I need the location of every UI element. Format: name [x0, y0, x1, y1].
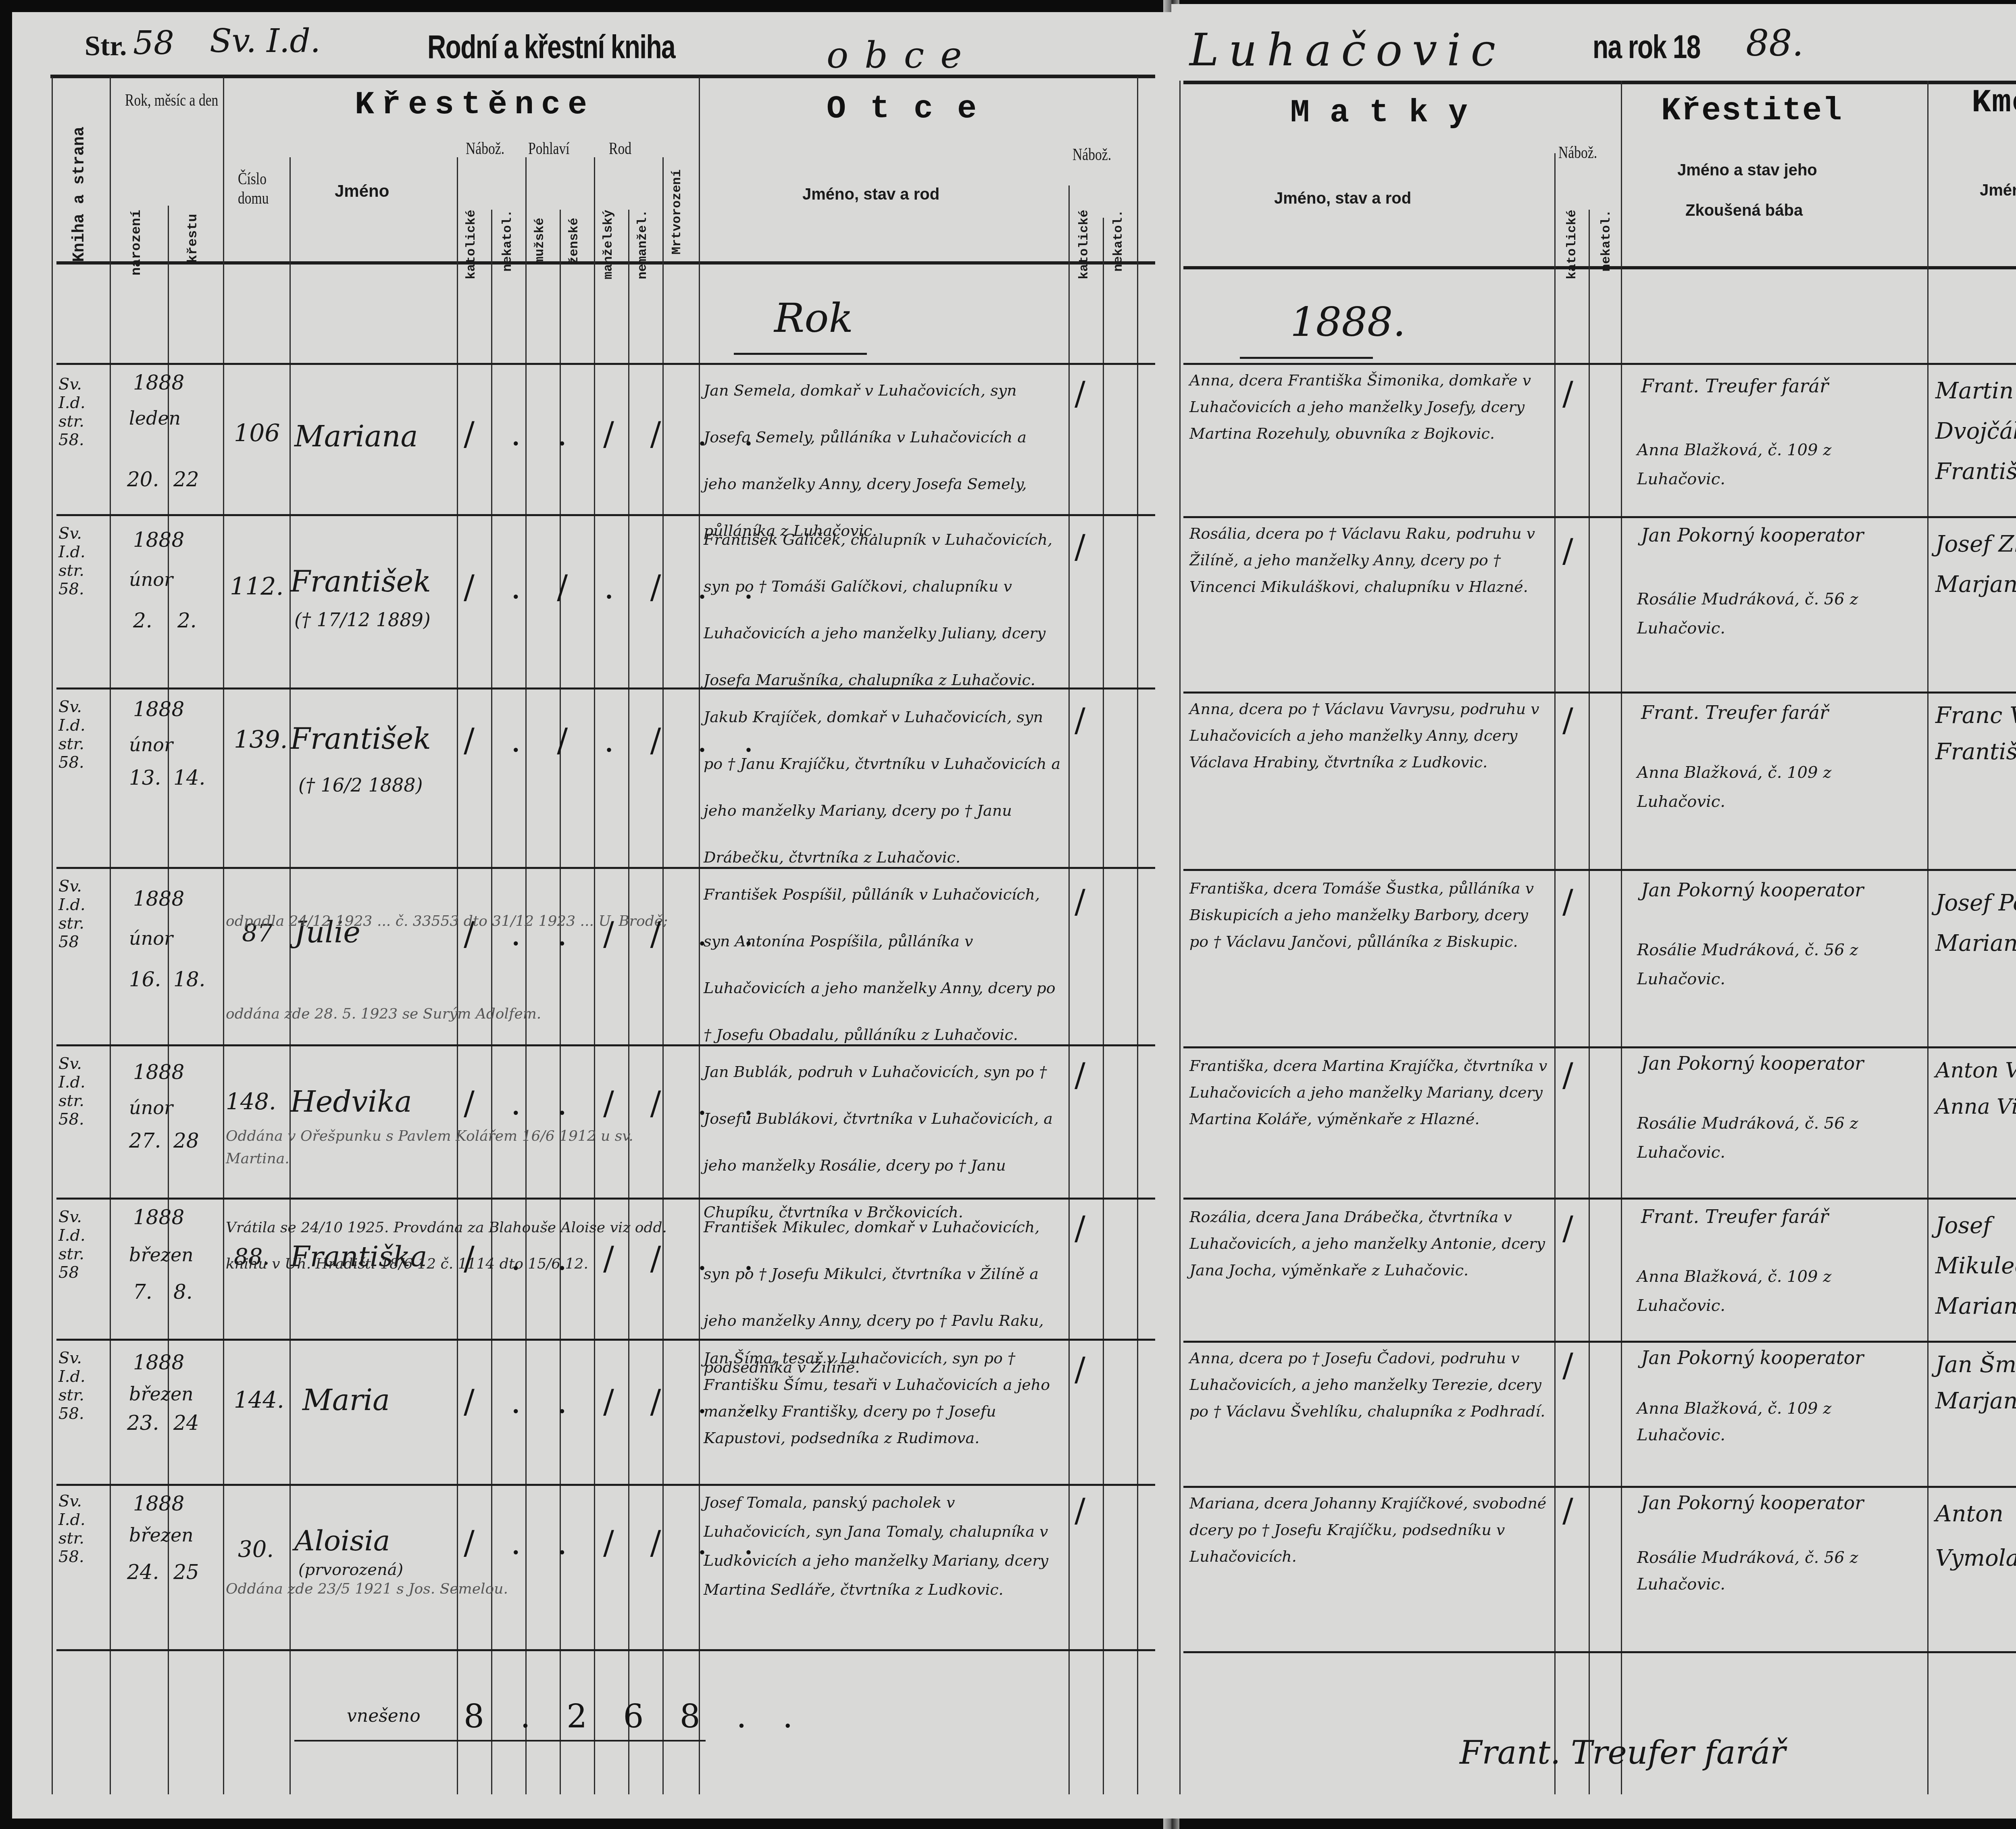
row-rule: [1183, 1486, 2016, 1488]
book-ref: Sv. I.d. str. 58.: [58, 698, 103, 772]
title-hand-year: 88.: [1746, 22, 1804, 65]
mother-religion-mark: /: [1562, 702, 1573, 739]
col-divider: [223, 77, 224, 1794]
row-rule: [56, 1649, 1155, 1651]
col-header-matky-nekatol: nekatol.: [1599, 210, 1614, 272]
midwife: Rosálie Mudráková, č. 56 z Luhačovic.: [1637, 1109, 1911, 1167]
birth-day: 20.: [127, 468, 159, 491]
baptism-day: 22: [173, 468, 199, 491]
father-details: Josef Tomala, panský pacholek v Luhačovi…: [704, 1488, 1062, 1604]
col-header-kniha: Kniha a strana: [71, 157, 89, 262]
totals-underline: [294, 1740, 706, 1742]
birth-month: březen: [129, 1524, 194, 1546]
col-header-otce-jmeno: Jméno, stav a rod: [802, 185, 939, 204]
col-header-zenske: ženské: [566, 218, 581, 264]
child-name-note: († 16/2 1888): [298, 774, 423, 796]
mother-details: Anna, dcera po † Václavu Vavrysu, podruh…: [1189, 696, 1548, 775]
birth-year: 1888: [133, 887, 184, 910]
mother-religion-mark: /: [1562, 883, 1573, 921]
midwife: Anna Blažková, č. 109 z Luhačovic.: [1637, 1395, 1911, 1448]
year-marker-underline: [734, 353, 867, 355]
midwife: Rosálie Mudráková, č. 56 z Luhačovic.: [1637, 935, 1911, 994]
child-name: Mariana: [294, 419, 418, 453]
child-name: Aloisia: [294, 1524, 390, 1557]
child-name: František: [290, 565, 431, 598]
birth-day: 2.: [133, 609, 152, 632]
child-name-note: (prvorozená): [298, 1560, 403, 1579]
col-header-otce: Otce: [827, 91, 1001, 127]
house-number: 144.: [234, 1387, 284, 1413]
godparent-name: Josef Zbořil Marjana: [1935, 524, 2016, 605]
row-rule: [1183, 1341, 2016, 1343]
later-annotation: Oddána v Ořešpunku s Pavlem Kolářem 16/6…: [226, 1125, 694, 1170]
row-rule: [1183, 516, 2016, 518]
page-label: Str.: [85, 30, 127, 62]
house-number: 148.: [226, 1089, 276, 1115]
col-header-krestitel: Křestitel: [1661, 93, 1843, 129]
book-ref: Sv. I.d. str. 58: [58, 1208, 103, 1282]
baptism-day: 8.: [173, 1280, 193, 1304]
col-header-matky-katolicke: katolické: [1564, 210, 1579, 279]
mother-details: Františka, dcera Martina Krajíčka, čtvrt…: [1189, 1052, 1548, 1132]
birth-day: 27.: [129, 1129, 161, 1152]
baptist: Jan Pokorný kooperator: [1641, 1052, 1915, 1074]
col-header-kmotr-jmeno: Jméno: [1980, 181, 2016, 200]
col-header-naboz: Nábož.: [466, 139, 504, 158]
row-rule: [1183, 1046, 2016, 1048]
baptism-day: 24: [173, 1411, 199, 1435]
house-number: 106: [234, 419, 280, 448]
table-top-rule: [50, 75, 1155, 78]
birth-month: leden: [129, 407, 181, 429]
birth-day: 7.: [133, 1280, 152, 1304]
col-divider: [168, 206, 169, 1794]
birth-year: 1888: [133, 1060, 184, 1084]
baptist: Jan Pokorný kooperator: [1641, 1347, 1915, 1369]
mother-religion-mark: /: [1562, 1492, 1573, 1529]
midwife: Rosálie Mudráková, č. 56 z Luhačovic.: [1637, 1544, 1911, 1598]
col-header-narozeni: narození: [129, 210, 144, 275]
baptist: Jan Pokorný kooperator: [1641, 1492, 1915, 1514]
mother-details: Anna, dcera Františka Šimonika, domkaře …: [1189, 367, 1548, 447]
midwife: Anna Blažková, č. 109 z Luhačovic.: [1637, 758, 1911, 816]
baptist: Frant. Treufer farář: [1641, 375, 1915, 397]
col-divider: [52, 77, 53, 1794]
volume-label: Sv. I.d.: [210, 22, 321, 60]
house-number: 139.: [234, 726, 288, 754]
midwife: Anna Blažková, č. 109 z Luhačovic.: [1637, 435, 1911, 494]
row-rule: [1183, 363, 2016, 365]
col-divider: [1589, 210, 1590, 1794]
col-header-mrtvorozeni: Mrtvorození: [669, 169, 684, 254]
father-religion-mark: /: [1075, 883, 1085, 921]
title-printed-left: Rodní a křestní kniha: [427, 28, 675, 66]
col-header-cislo-domu: Číslo domu: [238, 169, 283, 208]
baptist: Frant. Treufer farář: [1641, 702, 1915, 723]
col-divider: [110, 77, 111, 1794]
row-rule: [56, 363, 1155, 365]
godparent-name: Anton Vymola Anna: [1935, 1492, 2016, 1581]
baptist: Jan Pokorný kooperator: [1641, 879, 1915, 901]
birth-year: 1888: [133, 1351, 184, 1374]
birth-day: 23.: [127, 1411, 159, 1435]
col-header-kmotruv: Kmotrův: [1972, 85, 2016, 121]
father-religion-mark: /: [1075, 1056, 1085, 1094]
birth-month: únor: [129, 734, 173, 756]
father-religion-mark: /: [1075, 702, 1085, 739]
book-ref: Sv. I.d. str. 58: [58, 877, 103, 951]
father-religion-mark: /: [1075, 1351, 1085, 1388]
father-details: Jan Šíma, tesař v Luhačovicích, syn po †…: [704, 1345, 1062, 1451]
later-annotation: Oddána zde 23/5 1921 s Jos. Semelou.: [226, 1581, 694, 1597]
col-header-krestitel-sub1: Jméno a stav jeho: [1677, 161, 1817, 179]
birth-month: březen: [129, 1244, 194, 1266]
col-header-matky-jmeno: Jméno, stav a rod: [1274, 190, 1411, 208]
col-divider: [1621, 81, 1622, 1794]
col-header-rok: Rok, měsíc a den: [125, 91, 218, 110]
col-header-krestitel-sub2: Zkoušená bába: [1685, 202, 1803, 220]
col-header-krestence: Křestěnce: [355, 87, 594, 123]
birth-year: 1888: [133, 698, 184, 721]
year-marker-left: Rok: [774, 294, 853, 342]
book-ref: Sv. I.d. str. 58.: [58, 1349, 103, 1423]
birth-year: 1888: [133, 371, 184, 394]
col-header-muzske: mužské: [532, 218, 547, 264]
birth-day: 24.: [127, 1560, 159, 1584]
midwife: Rosálie Mudráková, č. 56 z Luhačovic.: [1637, 585, 1911, 643]
col-header-matky-naboz: Nábož.: [1558, 143, 1597, 162]
mother-details: Františka, dcera Tomáše Šustka, půlláník…: [1189, 875, 1548, 955]
mother-details: Anna, dcera po † Josefu Čadovi, podruhu …: [1189, 1345, 1548, 1425]
child-name: Hedvika: [290, 1085, 412, 1119]
mother-details: Mariana, dcera Johanny Krajíčkové, svobo…: [1189, 1490, 1548, 1570]
godparent-name: Franc Vavrys Františka: [1935, 698, 2016, 770]
birth-year: 1888: [133, 528, 184, 552]
year-marker-underline: [1240, 357, 1373, 359]
year-marker-right: 1888.: [1290, 298, 1406, 346]
mother-religion-mark: /: [1562, 375, 1573, 412]
row-rule: [1183, 692, 2016, 694]
col-header-rod: Rod: [609, 139, 631, 158]
col-header-nemanzel: nemanžel.: [635, 210, 650, 279]
col-header-matky: Matky: [1290, 95, 1488, 131]
col-header-nekatol: nekatol.: [500, 210, 515, 272]
col-header-otce-naboz: Nábož.: [1073, 145, 1111, 165]
book-ref: Sv. I.d. str. 58.: [58, 375, 103, 449]
row-rule: [1183, 1651, 2016, 1653]
child-name: František: [290, 722, 431, 756]
table-top-rule: [1183, 81, 2016, 84]
mother-details: Rozália, dcera Jana Drábečka, čtvrtníka …: [1189, 1204, 1548, 1283]
mother-religion-mark: /: [1562, 1347, 1573, 1384]
col-divider: [1927, 81, 1929, 1794]
father-religion-mark: /: [1075, 1210, 1085, 1247]
col-divider: [1179, 81, 1181, 1794]
birth-day: 13.: [129, 766, 161, 790]
col-divider: [1103, 218, 1104, 1794]
birth-month: únor: [129, 1097, 173, 1119]
title-printed-right: na rok 18: [1593, 28, 1700, 66]
birth-month: únor: [129, 569, 173, 590]
mother-religion-mark: /: [1562, 532, 1573, 570]
row-rule: [1183, 1198, 2016, 1200]
col-header-manzelsky: manželský: [601, 210, 616, 279]
col-header-jmeno: Jméno: [335, 181, 389, 201]
baptism-day: 28: [173, 1129, 199, 1152]
baptist: Jan Pokorný kooperator: [1641, 524, 1915, 546]
col-divider: [1554, 153, 1556, 1794]
godparent-name: Martin Dvojčák Františka: [1935, 371, 2016, 492]
later-annotation: odpadla 24/12 1923 ... č. 33553 dto 31/1…: [226, 875, 694, 1060]
baptist: Frant. Treufer farář: [1641, 1206, 1915, 1227]
book-ref: Sv. I.d. str. 58.: [58, 524, 103, 598]
col-divider: [1137, 77, 1138, 1794]
col-header-pohlavi: Pohlaví: [528, 139, 570, 158]
totals-values: 8 . 2 6 8 . .: [464, 1698, 806, 1735]
birth-year: 1888: [133, 1206, 184, 1229]
col-divider: [1068, 185, 1070, 1794]
book-ref: Sv. I.d. str. 58.: [58, 1492, 103, 1566]
mother-details: Rosália, dcera po † Václavu Raku, podruh…: [1189, 520, 1548, 600]
birth-month: březen: [129, 1383, 194, 1405]
godparent-name: Anton Vymola Anna Vimola: [1935, 1052, 2016, 1125]
totals-label: vnešeno: [347, 1706, 421, 1726]
father-religion-mark: /: [1075, 528, 1085, 566]
midwife: Anna Blažková, č. 109 z Luhačovic.: [1637, 1262, 1911, 1320]
birth-day: 16.: [129, 968, 161, 991]
father-religion-mark: /: [1075, 1492, 1085, 1529]
birth-month: únor: [129, 927, 173, 949]
father-details: Jakub Krajíček, domkař v Luhačovicích, s…: [704, 694, 1062, 881]
father-religion-mark: /: [1075, 375, 1085, 412]
title-hand-obce: obce: [827, 34, 978, 77]
col-header-krestu: křestu: [185, 214, 201, 263]
house-number: 30.: [238, 1536, 274, 1562]
godparent-name: Jan Šmela Marjana: [1935, 1347, 2016, 1419]
house-number: 112.: [230, 573, 284, 601]
row-rule: [1183, 869, 2016, 871]
birth-year: 1888: [133, 1492, 184, 1515]
godparent-name: Josef Mikulec Mariana: [1935, 1206, 2016, 1327]
child-name: Maria: [302, 1383, 390, 1417]
row-rule: [56, 1484, 1155, 1486]
col-header-otce-nekatol: nekatol.: [1111, 210, 1126, 272]
mother-religion-mark: /: [1562, 1056, 1573, 1094]
father-details: František Galíček, chalupník v Luhačovic…: [704, 516, 1062, 703]
priest-signature: Frant. Treufer farář: [1460, 1734, 1786, 1771]
book-ref: Sv. I.d. str. 58.: [58, 1054, 103, 1129]
col-header-otce-katolicke: katolické: [1077, 210, 1091, 279]
mother-religion-mark: /: [1562, 1210, 1573, 1247]
godparent-name: Josef Pospíšil Mariana: [1935, 883, 2016, 964]
baptism-day: 25: [173, 1560, 199, 1584]
child-name-note: († 17/12 1889): [294, 609, 431, 631]
title-hand-luhacovic: Luhačovic: [1189, 24, 1505, 76]
baptism-day: 18.: [173, 968, 206, 991]
col-header-katolicke: katolické: [464, 210, 479, 279]
baptism-day: 2.: [177, 609, 197, 632]
father-details: František Pospíšil, půlláník v Luhačovic…: [704, 871, 1062, 1058]
baptism-day: 14.: [173, 766, 206, 790]
page-number: 58: [133, 24, 174, 62]
